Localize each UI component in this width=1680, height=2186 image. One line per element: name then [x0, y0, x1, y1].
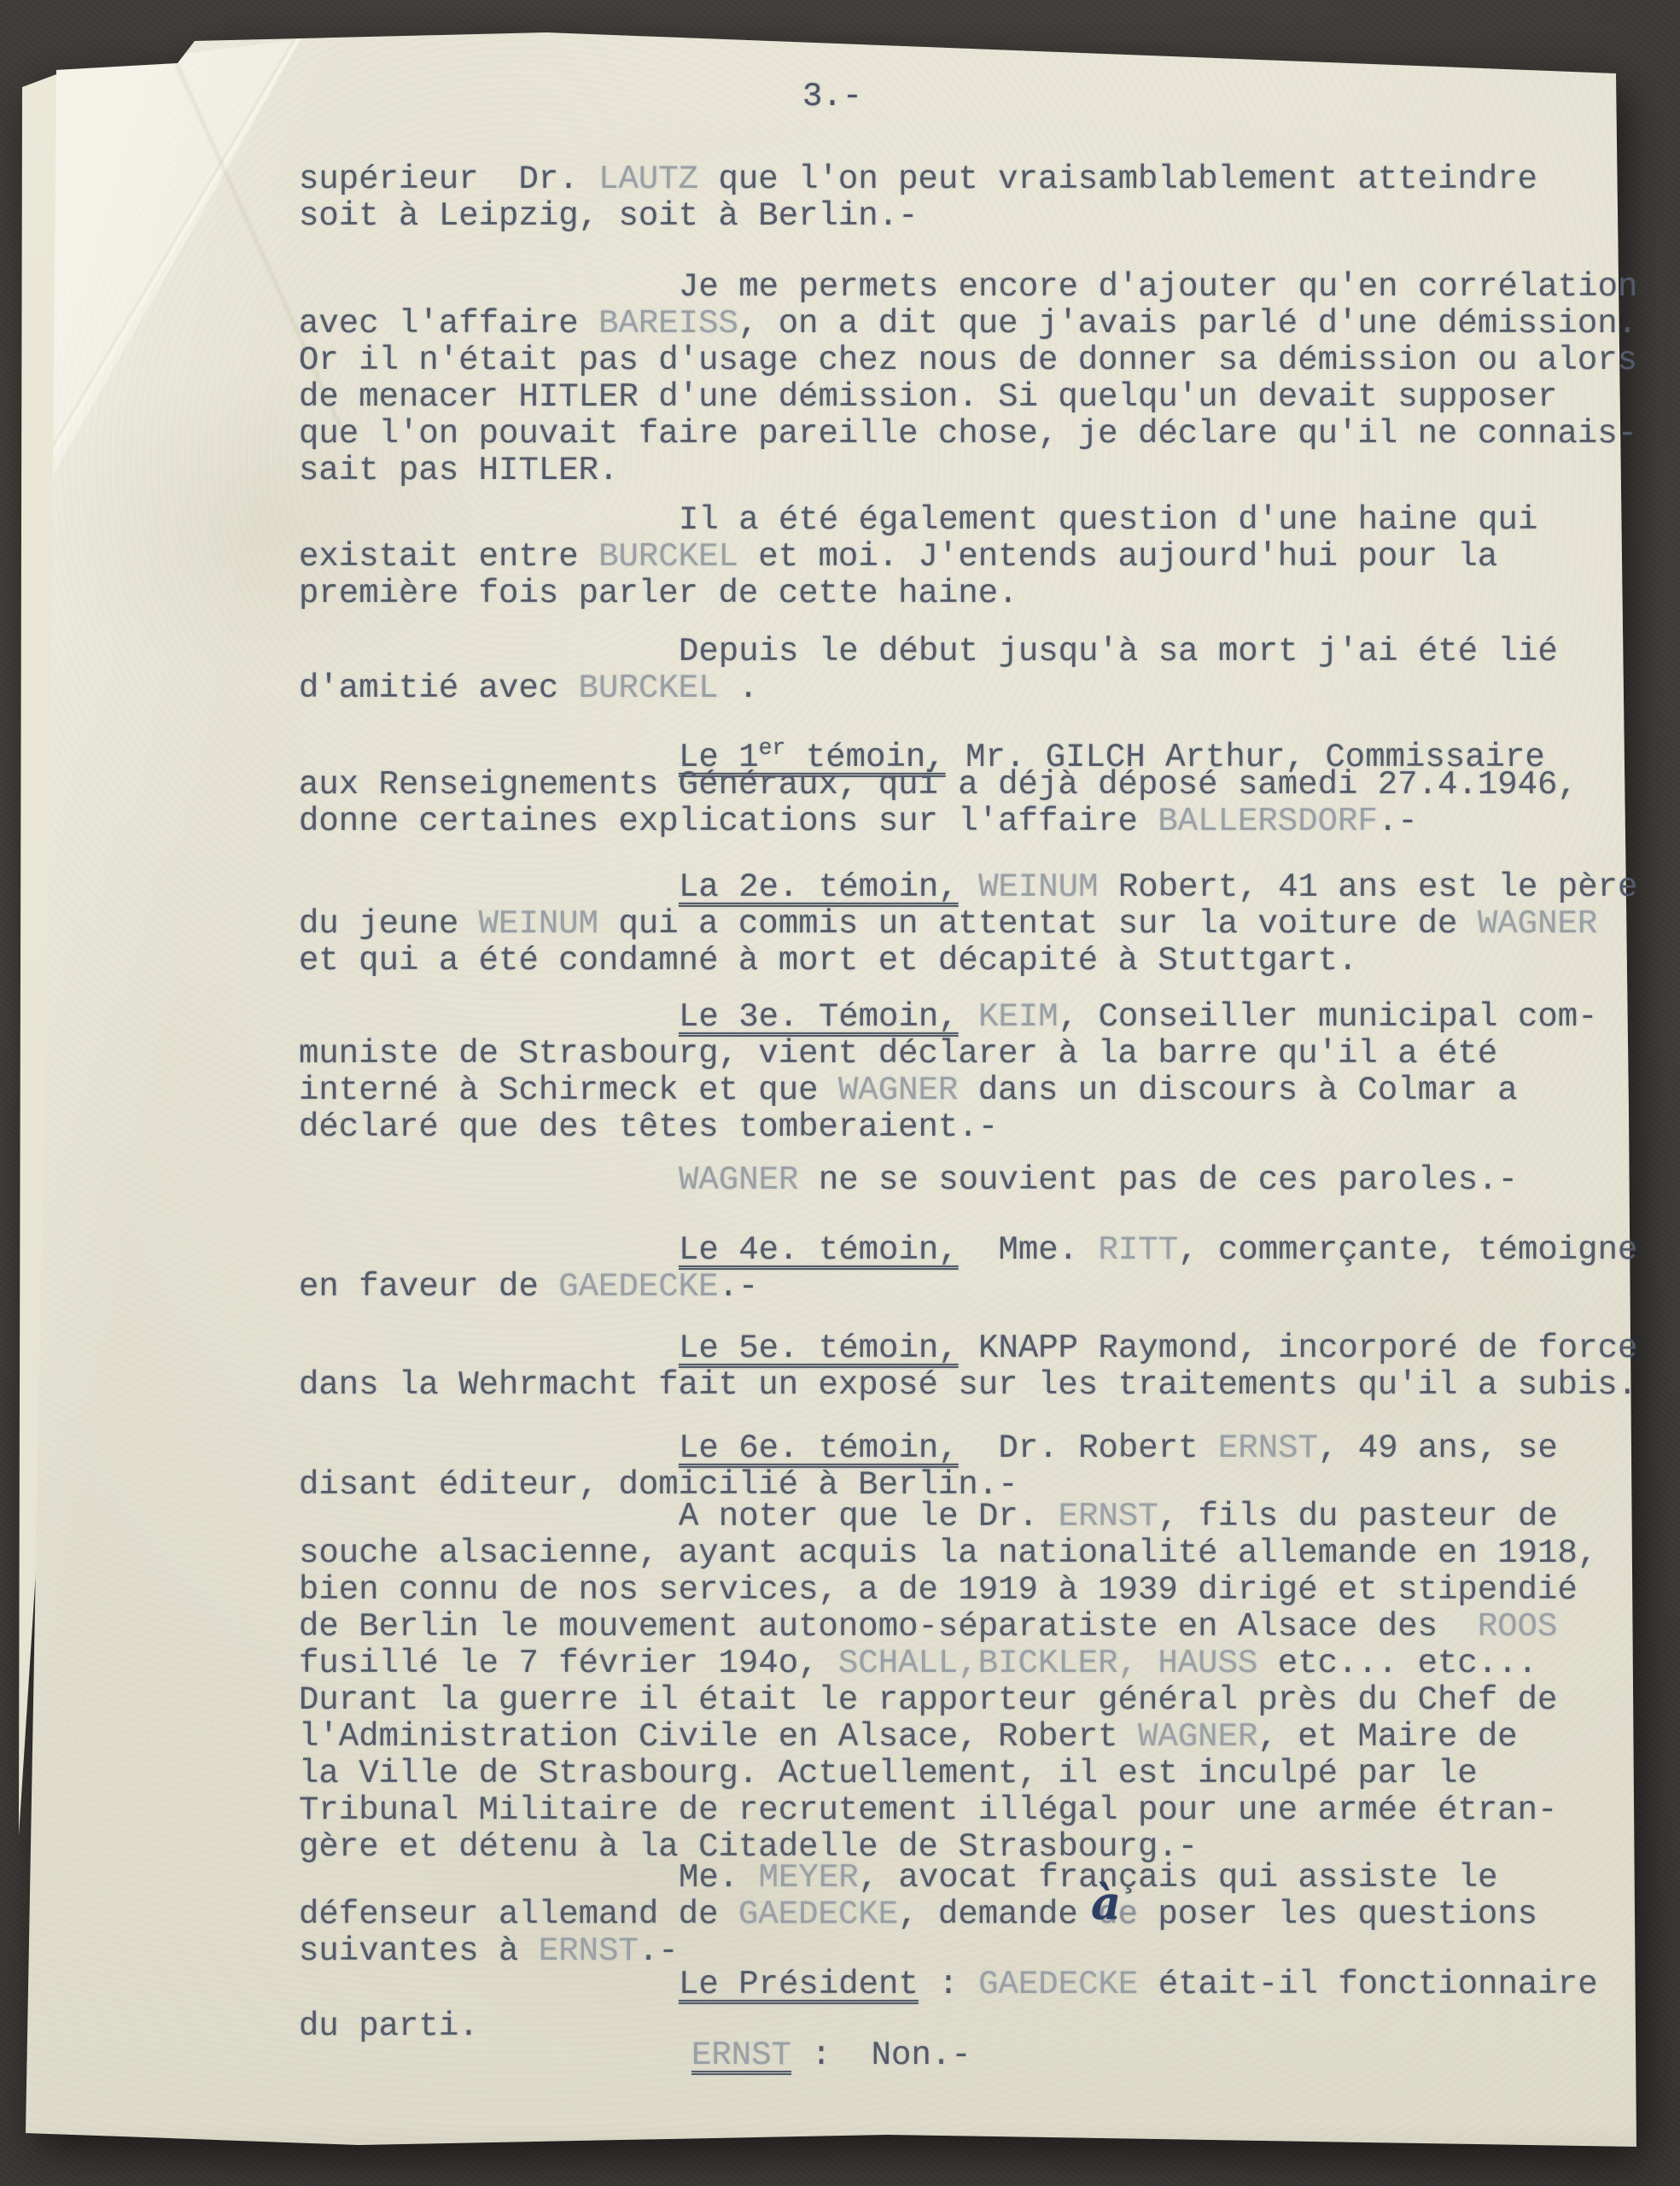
text-segment: du jeune: [299, 905, 479, 943]
text-segment: .: [718, 669, 758, 707]
text-line: WAGNER ne se souvient pas de ces paroles…: [299, 1162, 1665, 1199]
text-segment: HITLER: [479, 452, 598, 489]
text-segment: défenseur allemand de: [299, 1896, 738, 1933]
ink-correction: deà: [1098, 1897, 1138, 1933]
text-segment: ne se souvient pas de ces paroles.-: [798, 1161, 1518, 1199]
paragraph: La 2e. témoin, WEINUM Robert, 41 ans est…: [299, 869, 1665, 979]
text-line: Tribunal Militaire de recrutement illéga…: [299, 1792, 1665, 1829]
text-line: existait entre BURCKEL et moi. J'entends…: [299, 539, 1665, 576]
text-line: ERNST : Non.-: [299, 2037, 1665, 2074]
text-segment: Le 4e. témoin,: [679, 1231, 959, 1269]
handwritten-overstrike: à: [1091, 1885, 1121, 1921]
text-line: Le 1er témoin, Mr. GILCH Arthur, Commiss…: [299, 730, 1665, 767]
text-segment: de menacer: [299, 378, 518, 416]
paragraph: Le 6e. témoin, Dr. Robert ERNST, 49 ans,…: [299, 1430, 1665, 1504]
text-segment: , commerçante, témoigne: [1178, 1231, 1637, 1269]
text-segment: la Ville de Strasbourg. Actuellement, il…: [299, 1755, 1478, 1792]
paragraph: Il a été également question d'une haine …: [299, 502, 1665, 612]
text-line: Le 4e. témoin, Mme. RITT, commerçante, t…: [299, 1232, 1665, 1269]
underlined-heading: Le 5e. témoin,: [679, 1330, 959, 1367]
text-segment: WEINUM: [978, 868, 1098, 906]
text-line: dans la Wehrmacht fait un exposé sur les…: [299, 1367, 1665, 1404]
text-segment: KEIM: [978, 998, 1059, 1036]
text-segment: Dr. Robert: [959, 1429, 1218, 1467]
text-segment: de Berlin le mouvement autonomo-séparati…: [299, 1608, 1478, 1645]
text-segment: d'amitié avec: [299, 669, 579, 707]
text-line: suivantes à ERNST.-: [299, 1933, 1665, 1970]
text-segment: interné à Schirmeck et que: [299, 1072, 838, 1109]
text-segment: GAEDECKE: [738, 1896, 898, 1933]
text-line: et qui a été condamné à mort et décapité…: [299, 943, 1665, 979]
text-segment: WEINUM: [479, 905, 598, 943]
text-segment: déclaré que des têtes tomberaient.-: [299, 1108, 998, 1146]
text-line: Depuis le début jusqu'à sa mort j'ai été…: [299, 634, 1665, 670]
paragraph: Le 1er témoin, Mr. GILCH Arthur, Commiss…: [299, 730, 1665, 840]
text-segment: Le 3e. Témoin,: [679, 998, 959, 1036]
text-line: l'Administration Civile en Alsace, Rober…: [299, 1719, 1665, 1756]
text-segment: .: [598, 452, 618, 489]
underlined-heading: Le 3e. Témoin,: [679, 998, 959, 1036]
text-line: Il a été également question d'une haine …: [299, 502, 1665, 539]
text-segment: [959, 868, 978, 906]
scanned-document-scene: 3.- supérieur Dr. LAUTZ que l'on peut vr…: [0, 0, 1680, 2186]
text-segment: , 49 ans, se: [1318, 1429, 1558, 1467]
paragraph: WAGNER ne se souvient pas de ces paroles…: [299, 1162, 1665, 1199]
text-line: d'amitié avec BURCKEL .: [299, 670, 1665, 707]
text-segment: Le 6e. témoin,: [679, 1429, 959, 1467]
text-segment: GAEDECKE: [558, 1268, 718, 1306]
text-segment: er: [759, 735, 786, 761]
text-segment: Durant la guerre il était le rapporteur …: [299, 1681, 1557, 1719]
text-segment: suivantes à: [299, 1932, 539, 1970]
text-body: supérieur Dr. LAUTZ que l'on peut vraisa…: [299, 161, 1665, 2074]
text-segment: que l'on peut vraisamblablement atteindr…: [698, 161, 1537, 198]
text-line: La 2e. témoin, WEINUM Robert, 41 ans est…: [299, 869, 1665, 906]
text-segment: BALLERSDORF: [1158, 803, 1377, 840]
text-segment: ERNST: [1059, 1498, 1158, 1535]
text-segment: A noter que le Dr.: [679, 1498, 1059, 1535]
text-line: Je me permets encore d'ajouter qu'en cor…: [299, 269, 1665, 306]
text-segment: existait entre: [299, 538, 598, 576]
text-segment: avec l'affaire: [299, 305, 598, 342]
text-segment: souche alsacienne, ayant acquis la natio…: [299, 1534, 1597, 1572]
paragraph: Le 3e. Témoin, KEIM, Conseiller municipa…: [299, 999, 1665, 1146]
underlined-heading: ERNST: [691, 2037, 791, 2074]
text-segment: donne certaines explications sur l'affai…: [299, 803, 1158, 840]
text-segment: première fois parler de cette haine.: [299, 575, 1018, 612]
text-segment: LAUTZ: [598, 161, 698, 198]
underlined-heading: Le 4e. témoin,: [679, 1231, 959, 1269]
paragraph: Le 5e. témoin, KNAPP Raymond, incorporé …: [299, 1330, 1665, 1404]
text-segment: [959, 998, 978, 1036]
text-line: aux Renseignements Généraux, qui a déjà …: [299, 767, 1665, 804]
text-segment: BURCKEL: [598, 538, 738, 576]
text-segment: KNAPP: [978, 1330, 1078, 1367]
paragraph: supérieur Dr. LAUTZ que l'on peut vraisa…: [299, 161, 1665, 235]
text-segment: GAEDECKE: [978, 1966, 1138, 2003]
text-segment: dans un discours à Colmar a: [958, 1072, 1517, 1109]
text-segment: bien connu de nos services, a de 1919 à …: [299, 1571, 1578, 1609]
text-segment: l'Administration Civile en Alsace, Rober…: [299, 1718, 1138, 1756]
paragraph: Le 4e. témoin, Mme. RITT, commerçante, t…: [299, 1232, 1665, 1306]
text-segment: BAREISS: [598, 305, 738, 342]
text-line: interné à Schirmeck et que WAGNER dans u…: [299, 1073, 1665, 1109]
text-segment: fusillé le 7 février 194o,: [299, 1645, 838, 1682]
text-line: fusillé le 7 février 194o, SCHALL,BICKLE…: [299, 1645, 1665, 1682]
text-segment: Le Président: [679, 1966, 919, 2003]
text-segment: supérieur Dr.: [299, 161, 598, 198]
paragraph: Je me permets encore d'ajouter qu'en cor…: [299, 269, 1665, 489]
text-segment: , fils du pasteur de: [1158, 1498, 1558, 1535]
text-segment: d'une démission. Si quelqu'un devait sup…: [639, 378, 1558, 416]
text-segment: Depuis le début jusqu'à sa mort j'ai été…: [679, 633, 1558, 670]
text-segment: Me.: [679, 1859, 759, 1897]
text-segment: ERNST: [1218, 1429, 1318, 1467]
text-segment: , on a dit que j'avais parlé d'une démis…: [738, 305, 1637, 342]
text-segment: , avocat français qui assiste le: [859, 1859, 1498, 1897]
text-segment: dans la Wehrmacht fait un exposé sur les…: [299, 1366, 1637, 1404]
text-segment: Raymond, incorporé de force: [1078, 1330, 1637, 1367]
text-segment: [959, 1330, 978, 1367]
text-line: du jeune WEINUM qui a commis un attentat…: [299, 906, 1665, 943]
text-line: Le 5e. témoin, KNAPP Raymond, incorporé …: [299, 1330, 1665, 1367]
text-segment: ERNST: [539, 1932, 639, 1970]
text-segment: poser les questions: [1138, 1896, 1537, 1933]
underlined-heading: Le 6e. témoin,: [679, 1429, 959, 1467]
text-line: avec l'affaire BAREISS, on a dit que j'a…: [299, 306, 1665, 342]
text-segment: MEYER: [759, 1859, 859, 1897]
text-segment: WAGNER: [1478, 905, 1597, 943]
text-segment: Robert, 41 ans est le père: [1099, 868, 1638, 906]
page-number: 3.-: [802, 79, 862, 115]
text-line: Le 3e. Témoin, KEIM, Conseiller municipa…: [299, 999, 1665, 1036]
text-line: muniste de Strasbourg, vient déclarer à …: [299, 1036, 1665, 1073]
text-line: de menacer HITLER d'une démission. Si qu…: [299, 379, 1665, 416]
underlined-heading: La 2e. témoin,: [679, 868, 959, 906]
text-segment: Tribunal Militaire de recrutement illéga…: [299, 1791, 1557, 1829]
text-segment: :: [919, 1966, 978, 2003]
text-line: sait pas HITLER.: [299, 453, 1665, 489]
text-segment: qui a commis un attentat sur la voiture …: [598, 905, 1478, 943]
text-segment: RITT: [1098, 1231, 1178, 1269]
text-line: déclaré que des têtes tomberaient.-: [299, 1109, 1665, 1146]
text-segment: WAGNER: [679, 1161, 798, 1199]
text-line: en faveur de GAEDECKE.-: [299, 1269, 1665, 1306]
text-segment: SCHALL,BICKLER, HAUSS: [838, 1645, 1257, 1682]
text-segment: .-: [639, 1932, 679, 1970]
text-line: la Ville de Strasbourg. Actuellement, il…: [299, 1756, 1665, 1792]
text-segment: .-: [718, 1268, 758, 1306]
text-line: soit à Leipzig, soit à Berlin.-: [299, 198, 1665, 235]
text-segment: .-: [1378, 803, 1418, 840]
text-line: que l'on pouvait faire pareille chose, j…: [299, 416, 1665, 453]
text-segment: aux Renseignements Généraux, qui a déjà …: [299, 766, 1578, 804]
text-line: Le Président : GAEDECKE était-il fonctio…: [299, 1967, 1665, 2003]
text-line: Durant la guerre il était le rapporteur …: [299, 1682, 1665, 1719]
text-line: défenseur allemand de GAEDECKE, demande …: [299, 1897, 1665, 1933]
text-segment: Or il n'était pas d'usage chez nous de d…: [299, 342, 1637, 379]
text-line: bien connu de nos services, a de 1919 à …: [299, 1572, 1665, 1609]
text-segment: Je me permets encore d'ajouter qu'en cor…: [679, 268, 1637, 306]
text-segment: HITLER: [518, 378, 638, 416]
text-segment: soit à Leipzig, soit à Berlin.-: [299, 197, 919, 235]
text-segment: et moi. J'entends aujourd'hui pour la: [738, 538, 1497, 576]
text-segment: BURCKEL: [579, 669, 719, 707]
text-segment: ERNST: [691, 2037, 791, 2074]
text-segment: sait pas: [299, 452, 479, 489]
text-segment: Il a été également question d'une haine …: [679, 501, 1537, 539]
text-segment: WAGNER: [838, 1072, 958, 1109]
text-segment: que l'on pouvait faire pareille chose, j…: [299, 415, 1637, 453]
text-segment: muniste de Strasbourg, vient déclarer à …: [299, 1035, 1497, 1073]
text-line: donne certaines explications sur l'affai…: [299, 804, 1665, 840]
text-line: souche alsacienne, ayant acquis la natio…: [299, 1535, 1665, 1572]
text-line: Or il n'était pas d'usage chez nous de d…: [299, 342, 1665, 379]
text-segment: , Conseiller municipal com-: [1059, 998, 1598, 1036]
paragraph: A noter que le Dr. ERNST, fils du pasteu…: [299, 1499, 1665, 1866]
text-segment: etc... etc...: [1257, 1645, 1537, 1682]
text-line: première fois parler de cette haine.: [299, 576, 1665, 612]
text-segment: , et Maire de: [1257, 1718, 1517, 1756]
text-line: supérieur Dr. LAUTZ que l'on peut vraisa…: [299, 161, 1665, 198]
paragraph: Le Président : GAEDECKE était-il fonctio…: [299, 1967, 1665, 2003]
paragraph: ERNST : Non.-: [299, 2037, 1665, 2074]
underlined-heading: Le Président: [679, 1966, 919, 2003]
text-segment: : Non.-: [791, 2037, 971, 2074]
text-segment: était-il fonctionnaire: [1138, 1966, 1597, 2003]
paragraph: Depuis le début jusqu'à sa mort j'ai été…: [299, 634, 1665, 707]
text-segment: du parti.: [299, 2008, 479, 2045]
text-segment: en faveur de: [299, 1268, 558, 1306]
paragraph: Me. MEYER, avocat français qui assiste l…: [299, 1860, 1665, 1970]
text-segment: et qui a été condamné à mort et décapité…: [299, 942, 1357, 979]
text-line: A noter que le Dr. ERNST, fils du pasteu…: [299, 1499, 1665, 1535]
text-line: Le 6e. témoin, Dr. Robert ERNST, 49 ans,…: [299, 1430, 1665, 1467]
text-line: de Berlin le mouvement autonomo-séparati…: [299, 1609, 1665, 1645]
text-segment: Le 5e. témoin,: [679, 1330, 959, 1367]
text-segment: La 2e. témoin,: [679, 868, 959, 906]
text-segment: WAGNER: [1138, 1718, 1257, 1756]
text-segment: ROOS: [1478, 1608, 1558, 1645]
text-segment: , demande: [898, 1896, 1098, 1933]
text-segment: Mme.: [959, 1231, 1099, 1269]
